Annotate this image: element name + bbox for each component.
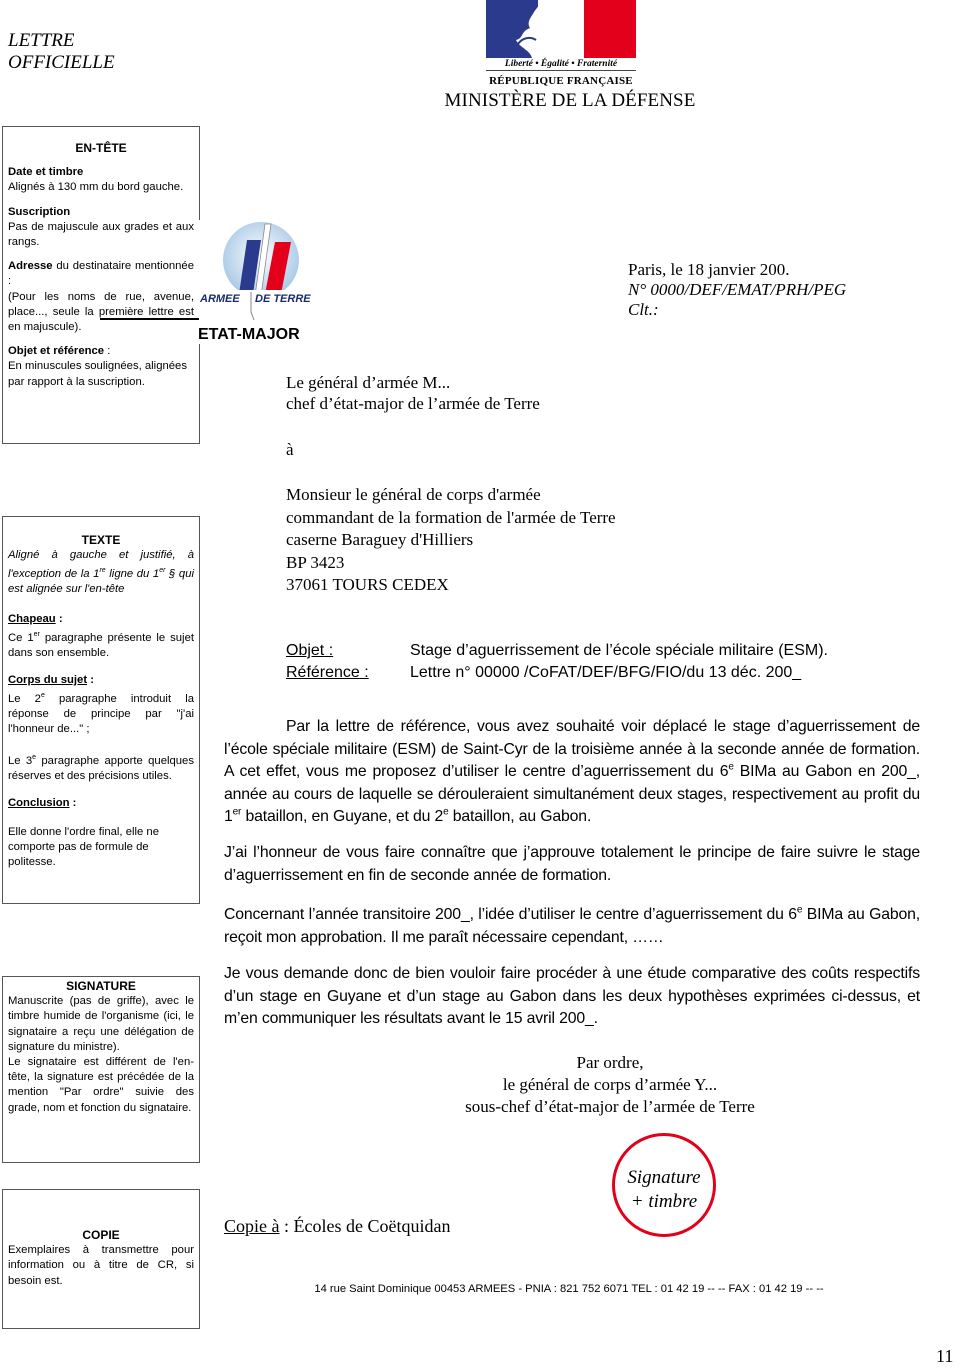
copie-instructions-box: COPIE Exemplaires à transmettre pour inf…: [2, 1189, 200, 1329]
addressee-line: commandant de la formation de l'armée de…: [286, 507, 616, 530]
svg-text:ARMEE: ARMEE: [199, 293, 240, 305]
closing-line: le général de corps d’armée Y...: [440, 1074, 780, 1096]
date-label: Date et timbre: [8, 165, 194, 180]
corps-text-2: Le 3e paragraphe apporte quelques réserv…: [8, 750, 194, 784]
signature-stamp: Signature + timbre: [612, 1133, 716, 1237]
texte-description: Aligné à gauche et justifié, à l'excepti…: [8, 548, 194, 597]
ministry-name: MINISTÈRE DE LA DÉFENSE: [400, 90, 740, 112]
conclusion-text: Elle donne l'ordre final, elle ne compor…: [8, 825, 194, 871]
adresse-label: Adresse: [8, 260, 53, 272]
etat-major-label: ETAT-MAJOR: [198, 326, 304, 344]
copy-to-label: Copie à: [224, 1216, 280, 1236]
suscription-label: Suscription: [8, 205, 194, 220]
date-line: Paris, le 18 janvier 200.: [628, 260, 846, 280]
texte-instructions-box: TEXTE Aligné à gauche et justifié, à l'e…: [2, 516, 200, 904]
chapeau-text: Ce 1er paragraphe présente le sujet dans…: [8, 627, 194, 661]
marianne-flag-icon: [486, 0, 636, 58]
body-paragraph-1: Par la lettre de référence, vous avez so…: [224, 716, 920, 829]
addressee-line: 37061 TOURS CEDEX: [286, 574, 616, 597]
conclusion-label: Conclusion: [8, 797, 70, 809]
subject-value: Stage d’aguerrissement de l’école spécia…: [410, 640, 828, 662]
texte-title: TEXTE: [8, 533, 194, 548]
reference-value: Lettre n° 00000 /CoFAT/DEF/BFG/FIO/du 13…: [410, 662, 801, 684]
copy-to-value: : Écoles de Coëtquidan: [280, 1216, 451, 1236]
objet-ref-text: En minuscules soulignées, alignées par r…: [8, 359, 194, 389]
entete-title: EN-TÊTE: [8, 141, 194, 156]
signature-text-1: Manuscrite (pas de griffe), avec le timb…: [8, 994, 194, 1055]
suscription-text: Pas de majuscule aux grades et aux rangs…: [8, 220, 194, 250]
armee-de-terre-emblem-icon: ARMEE DE TERRE: [199, 220, 314, 332]
subject-label: Objet: [286, 642, 324, 659]
copy-to: Copie à : Écoles de Coëtquidan: [224, 1216, 450, 1237]
date-block: Paris, le 18 janvier 200. N° 0000/DEF/EM…: [628, 260, 846, 320]
closing-line: sous-chef d’état-major de l’armée de Ter…: [440, 1096, 780, 1118]
republique-francaise: RÉPUBLIQUE FRANÇAISE: [486, 75, 636, 87]
sender-line-2: chef d’état-major de l’armée de Terre: [286, 393, 540, 414]
date-text: Alignés à 130 mm du bord gauche.: [8, 180, 194, 195]
signature-text-2: Le signataire est différent de l'en-tête…: [8, 1055, 194, 1116]
document-type: LETTRE OFFICIELLE: [8, 30, 115, 74]
adresse-note: (Pour les noms de rue, avenue, place...,…: [8, 290, 194, 336]
subject-row: Objet : Stage d’aguerrissement de l’écol…: [286, 640, 828, 662]
body-paragraph-4: Je vous demande donc de bien vouloir fai…: [224, 963, 920, 1031]
recipient-preposition: à: [286, 440, 294, 460]
objet-ref-label: Objet et référence: [8, 345, 104, 357]
svg-text:DE TERRE: DE TERRE: [255, 293, 311, 305]
stamp-line-1: Signature: [615, 1166, 713, 1190]
body-paragraph-2: J’ai l’honneur de vous faire connaître q…: [224, 842, 920, 887]
reference-label: Référence: [286, 664, 360, 681]
sender: Le général d’armée M... chef d’état-majo…: [286, 372, 540, 414]
corps-label: Corps du sujet: [8, 674, 87, 686]
chapeau-label: Chapeau: [8, 613, 56, 625]
copie-title: COPIE: [8, 1228, 194, 1243]
body-paragraph-3: Concernant l’année transitoire 200_, l’i…: [224, 904, 920, 949]
reference-row: Référence : Lettre n° 00000 /CoFAT/DEF/B…: [286, 662, 828, 684]
page-number: 11: [936, 1346, 953, 1367]
reference-number: N° 0000/DEF/EMAT/PRH/PEG: [628, 280, 846, 300]
classification: Clt.:: [628, 300, 846, 320]
sender-line-1: Le général d’armée M...: [286, 372, 540, 393]
entete-instructions-box: EN-TÊTE Date et timbre Alignés à 130 mm …: [2, 126, 200, 444]
signature-block: Par ordre, le général de corps d’armée Y…: [440, 1052, 780, 1118]
closing-line: Par ordre,: [440, 1052, 780, 1074]
republic-motto: Liberté • Égalité • Fraternité: [486, 59, 636, 71]
signature-title: SIGNATURE: [8, 979, 194, 994]
subject-reference: Objet : Stage d’aguerrissement de l’écol…: [286, 640, 828, 684]
marianne-logo: Liberté • Égalité • Fraternité RÉPUBLIQU…: [486, 0, 636, 94]
corps-text-1: Le 2e paragraphe introduit la réponse de…: [8, 688, 194, 737]
copie-text: Exemplaires à transmettre pour informati…: [8, 1243, 194, 1289]
armee-de-terre-logo: ARMEE DE TERRE: [199, 220, 314, 332]
addressee-line: caserne Baraguey d'Hilliers: [286, 529, 616, 552]
addressee-line: BP 3423: [286, 552, 616, 575]
addressee-line: Monsieur le général de corps d'armée: [286, 484, 616, 507]
footer-address: 14 rue Saint Dominique 00453 ARMEES - PN…: [224, 1283, 914, 1295]
addressee: Monsieur le général de corps d'armée com…: [286, 484, 616, 597]
document-type-line-2: OFFICIELLE: [8, 52, 115, 74]
signature-instructions-box: SIGNATURE Manuscrite (pas de griffe), av…: [2, 976, 200, 1163]
document-type-line-1: LETTRE: [8, 30, 115, 52]
stamp-line-2: + timbre: [615, 1190, 713, 1214]
